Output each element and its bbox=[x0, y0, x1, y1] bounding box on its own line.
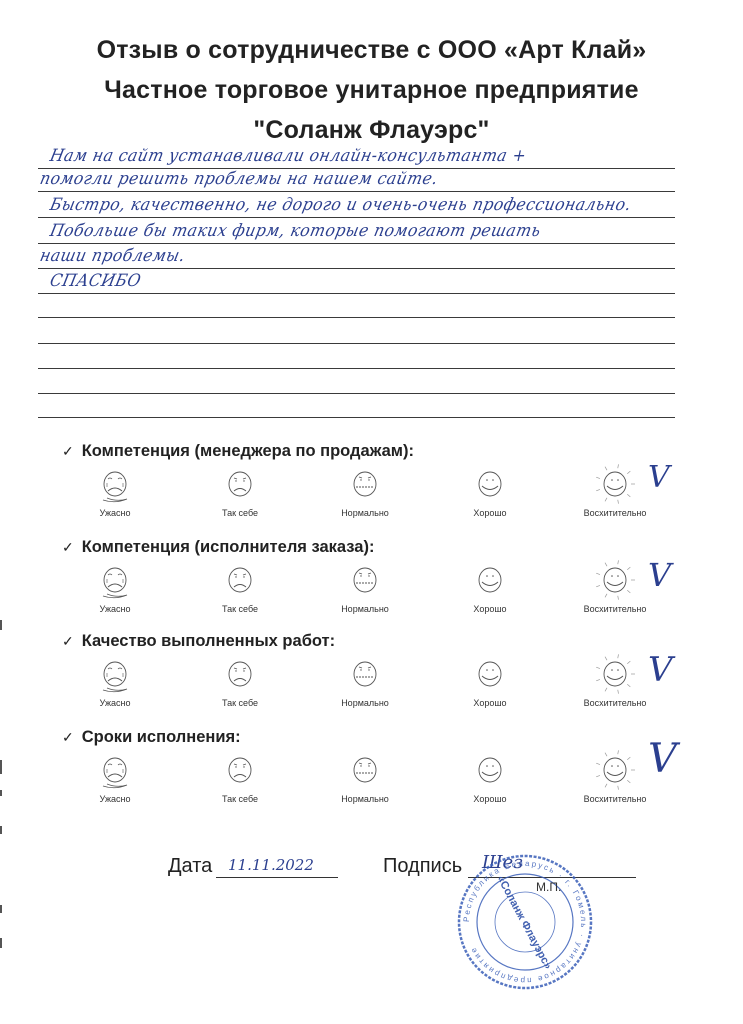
rating-scale: УжасноТак себеНормальноХорошоВосхититель… bbox=[60, 750, 680, 810]
rating-option[interactable]: Нормально bbox=[310, 750, 420, 804]
rating-scale: УжасноТак себеНормальноХорошоВосхититель… bbox=[60, 654, 680, 714]
checkmark-icon: ✓ bbox=[62, 539, 74, 555]
criterion-label: Компетенция (исполнителя заказа): bbox=[82, 538, 375, 556]
rating-option-label: Хорошо bbox=[435, 508, 545, 518]
normal-face-icon bbox=[310, 654, 420, 694]
rating-option-label: Хорошо bbox=[435, 604, 545, 614]
rating-option[interactable]: Так себе bbox=[185, 750, 295, 804]
rating-option-label: Ужасно bbox=[60, 508, 170, 518]
selected-checkmark: V bbox=[648, 460, 670, 495]
criterion-heading: ✓Качество выполненных работ: bbox=[62, 632, 335, 651]
scan-artifact bbox=[0, 620, 2, 630]
criterion-label: Сроки исполнения: bbox=[82, 728, 241, 746]
rating-option[interactable]: Ужасно bbox=[60, 464, 170, 518]
ruled-line bbox=[38, 393, 675, 394]
review-line[interactable]: СПАСИБО bbox=[48, 271, 143, 291]
scan-artifact bbox=[0, 760, 2, 774]
signature-label: Подпись bbox=[383, 855, 462, 878]
rating-option-label: Так себе bbox=[185, 508, 295, 518]
rating-option[interactable]: Нормально bbox=[310, 560, 420, 614]
normal-face-icon bbox=[310, 750, 420, 790]
review-line[interactable]: Побольше бы таких фирм, которые помогают… bbox=[48, 221, 543, 241]
review-line[interactable]: Нам на сайт устанавливали онлайн-консуль… bbox=[48, 146, 528, 166]
criterion-label: Качество выполненных работ: bbox=[82, 632, 335, 650]
rating-option-label: Восхитительно bbox=[560, 698, 670, 708]
ruled-line bbox=[38, 417, 675, 418]
terrible-face-icon bbox=[60, 464, 170, 504]
so-so-face-icon bbox=[185, 654, 295, 694]
selected-checkmark: V bbox=[648, 736, 677, 782]
rating-option-label: Ужасно bbox=[60, 794, 170, 804]
form-title: Отзыв о сотрудничестве с ООО «Арт Клай» bbox=[0, 36, 743, 65]
good-face-icon bbox=[435, 750, 545, 790]
rating-option[interactable]: Нормально bbox=[310, 464, 420, 518]
scan-artifact bbox=[0, 938, 2, 948]
rating-option[interactable]: Хорошо bbox=[435, 464, 545, 518]
ruled-line bbox=[38, 317, 675, 318]
rating-option[interactable]: Так себе bbox=[185, 464, 295, 518]
ruled-line bbox=[38, 343, 675, 344]
rating-option-label: Нормально bbox=[310, 508, 420, 518]
rating-option[interactable]: Так себе bbox=[185, 560, 295, 614]
rating-option-label: Хорошо bbox=[435, 698, 545, 708]
rating-option[interactable]: Так себе bbox=[185, 654, 295, 708]
rating-option-label: Так себе bbox=[185, 794, 295, 804]
company-name: "Соланж Флауэрс" bbox=[0, 116, 743, 145]
so-so-face-icon bbox=[185, 560, 295, 600]
selected-checkmark: V bbox=[648, 556, 671, 594]
rating-option-label: Хорошо bbox=[435, 794, 545, 804]
selected-checkmark: V bbox=[648, 650, 673, 690]
criterion-heading: ✓Компетенция (исполнителя заказа): bbox=[62, 538, 374, 557]
company-type: Частное торговое унитарное предприятие bbox=[0, 76, 743, 105]
scan-artifact bbox=[0, 790, 2, 796]
review-line[interactable]: наши проблемы. bbox=[38, 246, 187, 266]
rating-option-label: Так себе bbox=[185, 604, 295, 614]
ruled-line bbox=[38, 293, 675, 294]
ruled-line bbox=[38, 268, 675, 269]
terrible-face-icon bbox=[60, 560, 170, 600]
rating-option-label: Нормально bbox=[310, 794, 420, 804]
normal-face-icon bbox=[310, 560, 420, 600]
review-line[interactable]: Быстро, качественно, не дорого и очень-о… bbox=[48, 195, 633, 215]
good-face-icon bbox=[435, 654, 545, 694]
ruled-line bbox=[38, 191, 675, 192]
company-stamp: Республика Беларусь · г. Гомель · унитар… bbox=[455, 852, 595, 992]
feedback-form: Отзыв о сотрудничестве с ООО «Арт Клай» … bbox=[0, 0, 743, 1024]
rating-scale: УжасноТак себеНормальноХорошоВосхититель… bbox=[60, 560, 680, 620]
rating-option-label: Восхитительно bbox=[560, 508, 670, 518]
normal-face-icon bbox=[310, 464, 420, 504]
seal-label: М.П. bbox=[536, 880, 561, 894]
rating-option-label: Нормально bbox=[310, 604, 420, 614]
terrible-face-icon bbox=[60, 750, 170, 790]
so-so-face-icon bbox=[185, 750, 295, 790]
rating-option[interactable]: Ужасно bbox=[60, 560, 170, 614]
rating-option-label: Восхитительно bbox=[560, 794, 670, 804]
scan-artifact bbox=[0, 826, 2, 834]
rating-option-label: Восхитительно bbox=[560, 604, 670, 614]
date-value[interactable]: 11.11.2022 bbox=[228, 856, 314, 874]
criterion-label: Компетенция (менеджера по продажам): bbox=[82, 442, 414, 460]
ruled-line bbox=[38, 368, 675, 369]
rating-option-label: Ужасно bbox=[60, 604, 170, 614]
date-label: Дата bbox=[168, 855, 212, 878]
date-line bbox=[216, 877, 338, 878]
good-face-icon bbox=[435, 464, 545, 504]
rating-option-label: Нормально bbox=[310, 698, 420, 708]
ruled-line bbox=[38, 217, 675, 218]
rating-option[interactable]: Хорошо bbox=[435, 654, 545, 708]
criterion-heading: ✓Компетенция (менеджера по продажам): bbox=[62, 442, 414, 461]
rating-option[interactable]: Нормально bbox=[310, 654, 420, 708]
scan-artifact bbox=[0, 905, 2, 913]
review-line[interactable]: помогли решить проблемы на нашем сайте. bbox=[38, 169, 440, 189]
rating-scale: УжасноТак себеНормальноХорошоВосхититель… bbox=[60, 464, 680, 524]
rating-option-label: Так себе bbox=[185, 698, 295, 708]
so-so-face-icon bbox=[185, 464, 295, 504]
criterion-heading: ✓Сроки исполнения: bbox=[62, 728, 241, 747]
checkmark-icon: ✓ bbox=[62, 729, 74, 745]
rating-option[interactable]: Хорошо bbox=[435, 560, 545, 614]
good-face-icon bbox=[435, 560, 545, 600]
rating-option[interactable]: Ужасно bbox=[60, 750, 170, 804]
checkmark-icon: ✓ bbox=[62, 443, 74, 459]
terrible-face-icon bbox=[60, 654, 170, 694]
ruled-line bbox=[38, 243, 675, 244]
checkmark-icon: ✓ bbox=[62, 633, 74, 649]
rating-option[interactable]: Ужасно bbox=[60, 654, 170, 708]
rating-option-label: Ужасно bbox=[60, 698, 170, 708]
rating-option[interactable]: Хорошо bbox=[435, 750, 545, 804]
